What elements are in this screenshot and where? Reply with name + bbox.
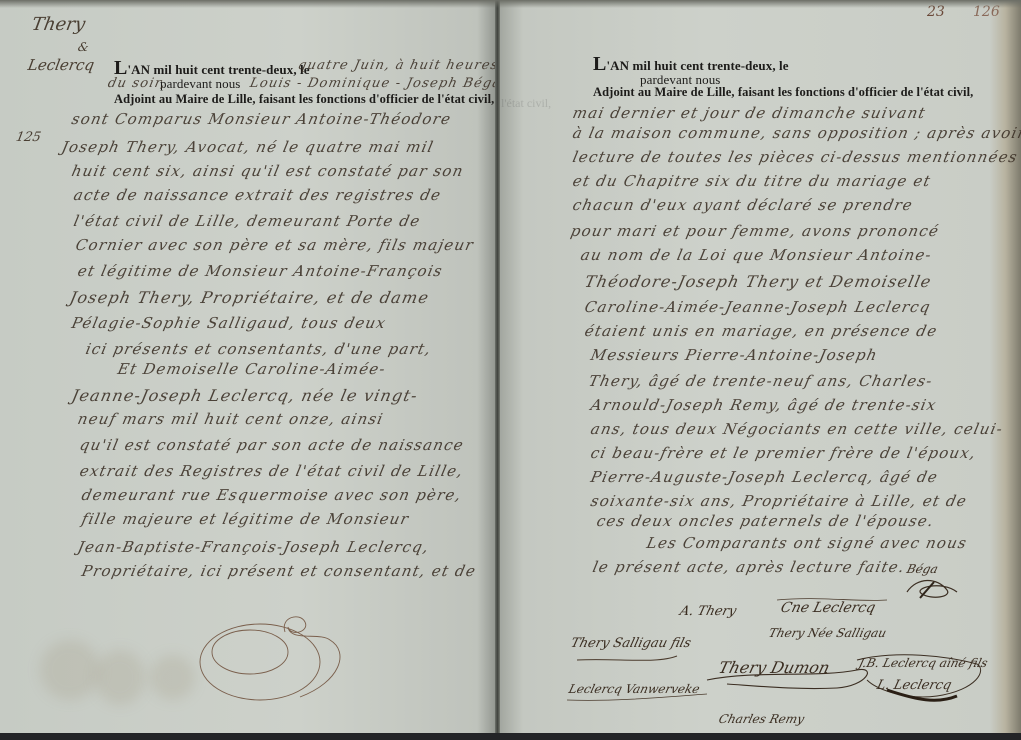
printed-header-line3: Adjoint au Maire de Lille, faisant les f… <box>114 92 494 107</box>
hand-line: fille majeure et légitime de Monsieur <box>80 510 411 528</box>
hand-line: quatre Juin, à huit heures <box>296 58 497 73</box>
hand-line: Arnould-Joseph Remy, âgé de trente-six <box>589 396 938 414</box>
drop-initial: L <box>593 53 606 75</box>
hand-line: extrait des Registres de l'état civil de… <box>78 462 465 480</box>
margin-name-groom: Thery <box>30 14 87 35</box>
margin-name-bride: Leclercq <box>26 56 95 74</box>
hand-line: sont Comparus Monsieur Antoine-Théodore <box>70 110 453 128</box>
hand-line: et légitime de Monsieur Antoine-François <box>76 262 445 280</box>
hand-line: neuf mars mil huit cent onze, ainsi <box>76 410 385 428</box>
paper-stain <box>95 650 145 705</box>
hand-line: Thery, âgé de trente-neuf ans, Charles- <box>587 372 935 390</box>
hand-line: ces deux oncles paternels de l'épouse. <box>595 512 936 530</box>
margin-ampersand: & <box>77 40 90 54</box>
top-edge-shadow <box>0 0 1021 8</box>
hand-line: au nom de la Loi que Monsieur Antoine- <box>579 246 934 264</box>
paper-stain <box>150 655 195 700</box>
register-spread: Thery & Leclercq 125 L'AN mil huit cent … <box>0 0 1021 733</box>
hand-line: étaient unis en mariage, en présence de <box>583 322 939 340</box>
hand-line: Pélagie-Sophie Salligaud, tous deux <box>70 314 388 332</box>
signature-underlines-icon <box>557 630 997 730</box>
paraph-loop-icon <box>190 612 370 707</box>
hand-line: pour mari et pour femme, avons prononcé <box>569 222 941 240</box>
act-number: 125 <box>15 130 42 145</box>
hand-line: qu'il est constaté par son acte de naiss… <box>78 436 466 454</box>
signature-bride: Cne Leclercq <box>779 600 877 616</box>
hand-line: Joseph Thery, Avocat, né le quatre mai m… <box>60 138 436 156</box>
hand-line: l'état civil de Lille, demeurant Porte d… <box>72 212 422 230</box>
paper-stain <box>40 640 100 700</box>
printed-text: 'AN mil huit cent trente-deux, le <box>606 58 788 73</box>
hand-line: le présent acte, après lecture faite. <box>591 558 907 576</box>
hand-line: Louis - Dominique - Joseph Béga, <box>248 76 497 91</box>
hand-line: Joseph Thery, Propriétaire, et de dame <box>68 288 431 307</box>
paraph-flourish-icon <box>902 572 962 602</box>
hand-line: Jean-Baptiste-François-Joseph Leclercq, <box>76 538 431 556</box>
hand-line: Théodore-Joseph Thery et Demoiselle <box>583 272 934 291</box>
hand-line: à la maison commune, sans opposition ; a… <box>571 124 1021 142</box>
hand-line: Pierre-Auguste-Joseph Leclercq, âgé de <box>589 468 940 486</box>
hand-line: et du Chapitre six du titre du mariage e… <box>571 172 933 190</box>
hand-line: ans, tous deux Négociants en cette ville… <box>589 420 1005 438</box>
bleed-through-text: l'état civil, <box>501 96 551 111</box>
hand-line: du soir, <box>106 76 167 91</box>
hand-line: soixante-six ans, Propriétaire à Lille, … <box>589 492 969 510</box>
hand-line: demeurant rue Esquermoise avec son père, <box>80 486 463 504</box>
hand-line: mai dernier et jour de dimanche suivant <box>571 104 928 122</box>
printed-text: 'AN mil huit cent trente-deux, le <box>127 62 309 77</box>
right-page: 23 126 l'état civil, L'AN mil huit cent … <box>497 0 1021 733</box>
hand-line: ici présents et consentants, d'une part, <box>84 340 433 358</box>
hand-line: huit cent six, ainsi qu'il est constaté … <box>70 162 465 180</box>
printed-header-line2: pardevant nous <box>160 76 240 92</box>
hand-line: ci beau-frère et le premier frère de l'é… <box>589 444 978 462</box>
hand-line: Propriétaire, ici présent et consentant,… <box>80 562 478 580</box>
hand-line: Caroline-Aimée-Jeanne-Joseph Leclercq <box>583 298 933 316</box>
printed-header-line3: Adjoint au Maire de Lille, faisant les f… <box>593 85 973 100</box>
hand-line: Jeanne-Joseph Leclercq, née le vingt- <box>70 386 420 405</box>
binding-edge <box>0 733 1021 740</box>
hand-line: lecture de toutes les pièces ci-dessus m… <box>571 148 1020 166</box>
signature-witness: A. Thery <box>678 604 738 619</box>
hand-line: Les Comparants ont signé avec nous <box>645 534 969 552</box>
hand-line: acte de naissance extrait des registres … <box>72 186 443 204</box>
hand-line: Cornier avec son père et sa mère, fils m… <box>74 236 476 254</box>
book-gutter <box>495 0 500 733</box>
hand-line: chacun d'eux ayant déclaré se prendre <box>571 196 915 214</box>
hand-line: Messieurs Pierre-Antoine-Joseph <box>589 346 880 364</box>
hand-line: Et Demoiselle Caroline-Aimée- <box>116 360 388 378</box>
